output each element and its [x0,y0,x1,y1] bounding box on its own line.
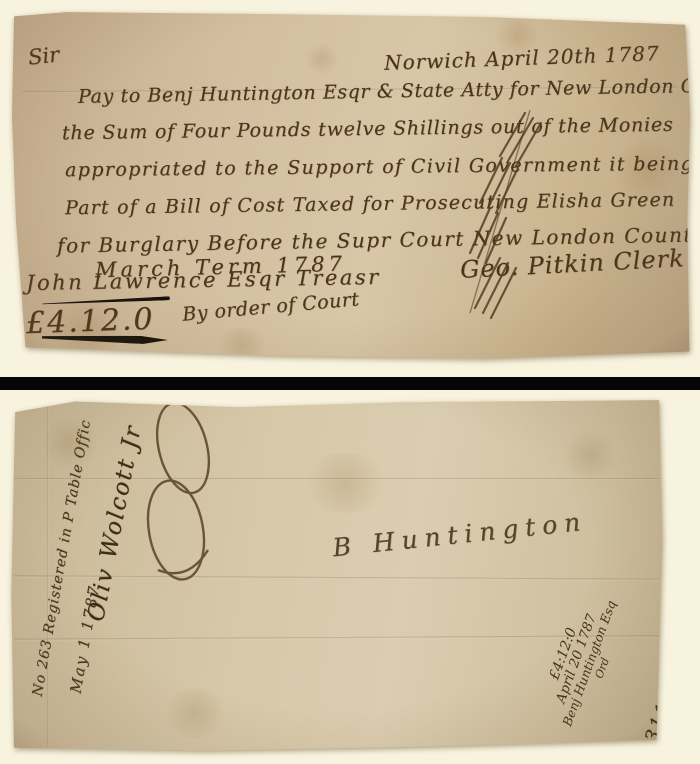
document-back: No 263 Registered in P Table Offic May 1… [10,398,663,752]
scan-divider-band [0,377,700,390]
paper-stain [160,688,230,738]
paper-stain [300,453,390,513]
catalog-number: 31159 [634,654,692,764]
cancellation-hatch-marks [430,108,560,320]
fold-crease [47,406,49,746]
paper-stain [212,328,272,362]
document-front-paper: Sir Norwich April 20th 1787 Pay to Benj … [12,10,690,362]
body-line: the Sum of Four Pounds twelve Shillings … [62,114,674,145]
document-back-paper: No 263 Registered in P Table Offic May 1… [10,398,663,752]
body-line: Part of a Bill of Cost Taxed for Prosecu… [65,189,676,220]
dateline: Norwich April 20th 1787 [384,41,660,75]
signature-flourish [138,400,228,585]
order-note: By order of Court [181,288,360,325]
payee-signature: B Huntington [331,507,588,563]
endorsement-block: £4:12:0 April 20 1787 Benj Huntington Es… [522,557,643,764]
document-front: Sir Norwich April 20th 1787 Pay to Benj … [12,10,690,362]
body-line: Pay to Benj Huntington Esqr & State Atty… [78,74,700,108]
amount-due: £4.12.0 [25,302,155,341]
paper-stain [560,433,620,478]
paper-stain [304,44,340,74]
salutation: Sir [27,42,60,69]
body-line: appropriated to the Support of Civil Gov… [65,153,694,182]
